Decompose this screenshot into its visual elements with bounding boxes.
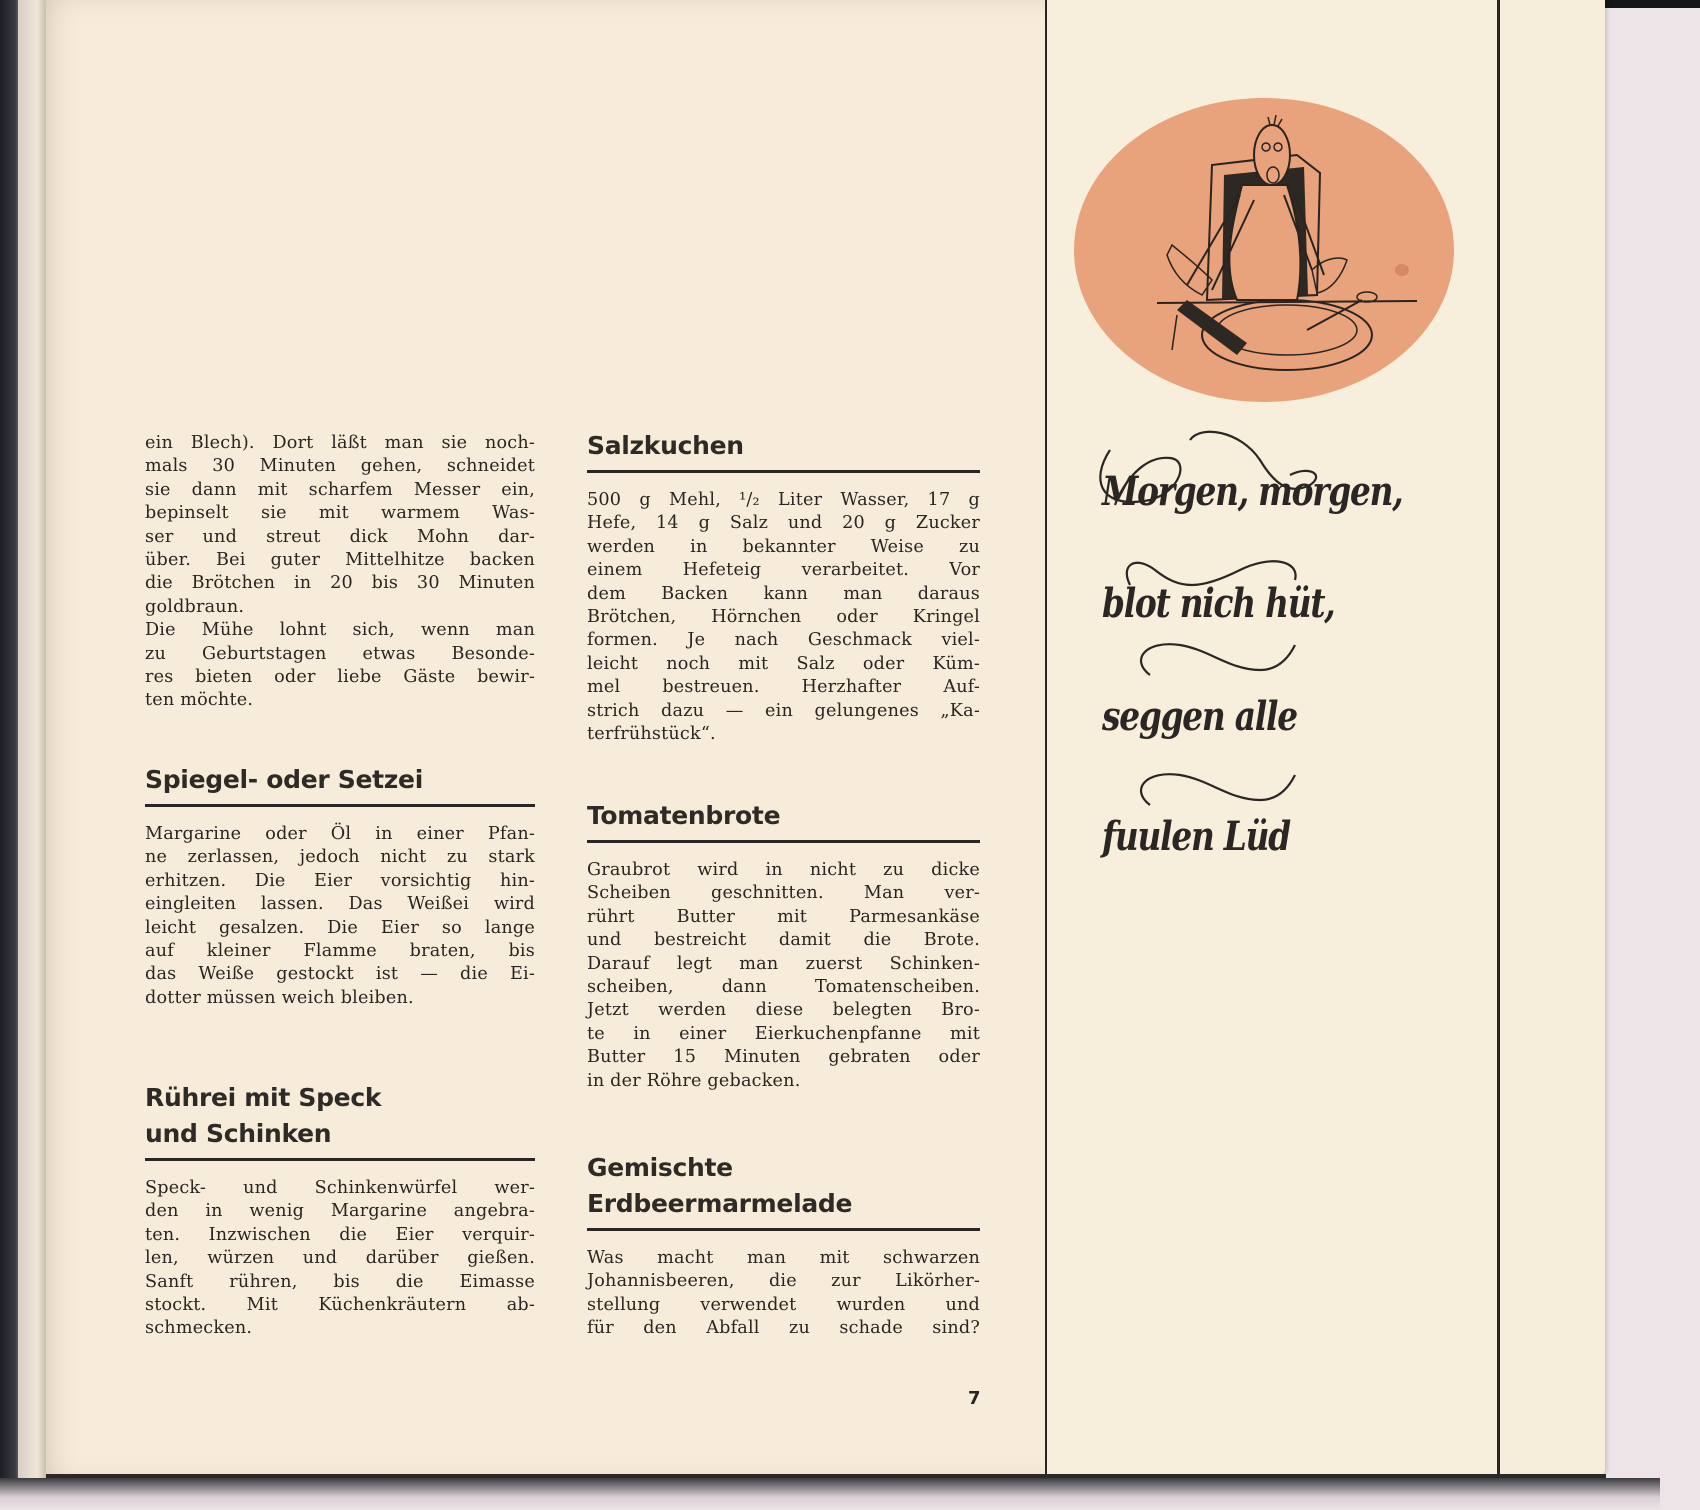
recipe-body-line: in der Röhre gebacken. <box>587 1070 980 1093</box>
title-underline-rule <box>587 840 980 843</box>
recipe-title-line: Gemischte <box>587 1150 980 1186</box>
scanner-edge-top <box>1605 0 1700 8</box>
verse-line-4: fuulen Lüd <box>1102 813 1290 860</box>
recipe-title-line: Spiegel- oder Setzei <box>145 762 535 798</box>
recipe-body-line: leicht gesalzen. Die Eier so lange <box>145 917 535 940</box>
recipe-body-line: werden in bekannter Weise zu <box>587 536 980 559</box>
recipe-title: Rührei mit Speckund Schinken <box>145 1080 535 1152</box>
verse-line-2: blot nich hüt, <box>1102 580 1334 627</box>
intro-line: mals 30 Minuten gehen, schneidet <box>145 455 535 478</box>
recipe-title-line: Salzkuchen <box>587 428 980 464</box>
recipe-body-line: formen. Je nach Geschmack viel- <box>587 629 980 652</box>
recipe-body-line: ten. Inzwischen die Eier verquir- <box>145 1224 535 1247</box>
recipe-title-line: Rührei mit Speck <box>145 1080 535 1116</box>
recipe-body-line: eingleiten lassen. Das Weißei wird <box>145 893 535 916</box>
intro-line: die Brötchen in 20 bis 30 Minuten <box>145 572 535 595</box>
recipe-salzkuchen: Salzkuchen500 g Mehl, ¹/₂ Liter Wasser, … <box>587 428 980 746</box>
recipe-body-line: mel bestreuen. Herzhafter Auf- <box>587 676 980 699</box>
intro-line: goldbraun. <box>145 596 535 619</box>
recipe-tomatenbrote: TomatenbroteGraubrot wird in nicht zu di… <box>587 798 980 1093</box>
scanner-shadow-bottom <box>0 1478 1660 1510</box>
intro-line: sie dann mit scharfem Messer ein, <box>145 479 535 502</box>
recipe-body: Speck- und Schinkenwürfel wer-den in wen… <box>145 1177 535 1341</box>
recipe-body-line: rührt Butter mit Parmesankäse <box>587 906 980 929</box>
recipe-body-line: den in wenig Margarine angebra- <box>145 1200 535 1223</box>
recipe-body-line: einem Hefeteig verarbeitet. Vor <box>587 559 980 582</box>
recipe-body-line: Margarine oder Öl in einer Pfan- <box>145 823 535 846</box>
recipe-title: GemischteErdbeermarmelade <box>587 1150 980 1222</box>
title-underline-rule <box>587 470 980 473</box>
recipe-body-line: Johannisbeeren, die zur Likörher- <box>587 1270 980 1293</box>
intro-line: zu Geburtstagen etwas Besonde- <box>145 643 535 666</box>
intro-line: über. Bei guter Mittelhitze backen <box>145 549 535 572</box>
recipe-ruehrei: Rührei mit Speckund SchinkenSpeck- und S… <box>145 1080 535 1341</box>
cartoon-man-at-table-with-soup-icon <box>1072 95 1457 405</box>
recipe-body-line: dem Backen kann man daraus <box>587 583 980 606</box>
recipe-title: Spiegel- oder Setzei <box>145 762 535 798</box>
recipe-body: 500 g Mehl, ¹/₂ Liter Wasser, 17 gHefe, … <box>587 489 980 746</box>
recipe-body: Was macht man mit schwarzenJohannisbeere… <box>587 1247 980 1341</box>
verse-line-3: seggen alle <box>1102 693 1297 740</box>
intro-line: ser und streut dick Mohn dar- <box>145 526 535 549</box>
recipe-body: Graubrot wird in nicht zu dickeScheiben … <box>587 859 980 1093</box>
recipe-body-line: auf kleiner Flamme braten, bis <box>145 940 535 963</box>
recipe-body-line: Graubrot wird in nicht zu dicke <box>587 859 980 882</box>
recipe-body-line: für den Abfall zu schade sind? <box>587 1317 980 1340</box>
intro-line: bepinselt sie mit warmem Was- <box>145 502 535 525</box>
intro-line: ten möchte. <box>145 689 535 712</box>
recipe-body-line: len, würzen und darüber gießen. <box>145 1247 535 1270</box>
recipe-body-line: strich dazu — ein gelungenes „Ka- <box>587 700 980 723</box>
recipe-body-line: Speck- und Schinkenwürfel wer- <box>145 1177 535 1200</box>
verse-block: Morgen, morgen, blot nich hüt, seggen al… <box>1090 430 1470 950</box>
title-underline-rule <box>145 804 535 807</box>
recipe-title: Salzkuchen <box>587 428 980 464</box>
recipe-body-line: stellung verwendet wurden und <box>587 1294 980 1317</box>
recipe-body: Margarine oder Öl in einer Pfan-ne zerla… <box>145 823 535 1010</box>
recipe-body-line: Darauf legt man zuerst Schinken- <box>587 953 980 976</box>
intro-line: ein Blech). Dort läßt man sie noch- <box>145 432 535 455</box>
recipe-title-line: Erdbeermarmelade <box>587 1186 980 1222</box>
recipe-body-line: schmecken. <box>145 1317 535 1340</box>
title-underline-rule <box>145 1158 535 1161</box>
verse-line-1: Morgen, morgen, <box>1102 468 1402 515</box>
recipe-body-line: 500 g Mehl, ¹/₂ Liter Wasser, 17 g <box>587 489 980 512</box>
recipe-body-line: scheiben, dann Tomatenscheiben. <box>587 976 980 999</box>
recipe-body-line: Sanft rühren, bis die Eimasse <box>145 1271 535 1294</box>
recipe-body-line: stockt. Mit Küchenkräutern ab- <box>145 1294 535 1317</box>
recipe-erdbeermarmelade: GemischteErdbeermarmeladeWas macht man m… <box>587 1150 980 1341</box>
recipe-body-line: Scheiben geschnitten. Man ver- <box>587 882 980 905</box>
page-number: 7 <box>968 1388 981 1409</box>
recipe-body-line: leicht noch mit Salz oder Küm- <box>587 653 980 676</box>
recipe-body-line: Hefe, 14 g Salz und 20 g Zucker <box>587 512 980 535</box>
recipe-body-line: Butter 15 Minuten gebraten oder <box>587 1046 980 1069</box>
page-fold-line <box>1045 0 1047 1478</box>
recipe-body-line: und bestreicht damit die Brote. <box>587 929 980 952</box>
recipe-body-line: dotter müssen weich bleiben. <box>145 987 535 1010</box>
recipe-body-line: Was macht man mit schwarzen <box>587 1247 980 1270</box>
title-underline-rule <box>587 1228 980 1231</box>
recipe-body-line: Jetzt werden diese belegten Bro- <box>587 999 980 1022</box>
recipe-body-line: te in einer Eierkuchenpfanne mit <box>587 1023 980 1046</box>
recipe-body-line: Brötchen, Hörnchen oder Kringel <box>587 606 980 629</box>
recipe-title-line: Tomatenbrote <box>587 798 980 834</box>
recipe-body-line: erhitzen. Die Eier vorsichtig hin- <box>145 870 535 893</box>
recipe-title: Tomatenbrote <box>587 798 980 834</box>
recipe-body-line: terfrühstück“. <box>587 723 980 746</box>
intro-line: Die Mühe lohnt sich, wenn man <box>145 619 535 642</box>
intro-line: res bieten oder liebe Gäste bewir- <box>145 666 535 689</box>
intro-paragraph: ein Blech). Dort läßt man sie noch-mals … <box>145 432 535 713</box>
recipe-spiegelei: Spiegel- oder SetzeiMargarine oder Öl in… <box>145 762 535 1010</box>
recipe-title-line: und Schinken <box>145 1116 535 1152</box>
right-flap-page <box>1500 0 1605 1475</box>
recipe-body-line: das Weiße gestockt ist — die Ei- <box>145 963 535 986</box>
recipe-body-line: ne zerlassen, jedoch nicht zu stark <box>145 846 535 869</box>
